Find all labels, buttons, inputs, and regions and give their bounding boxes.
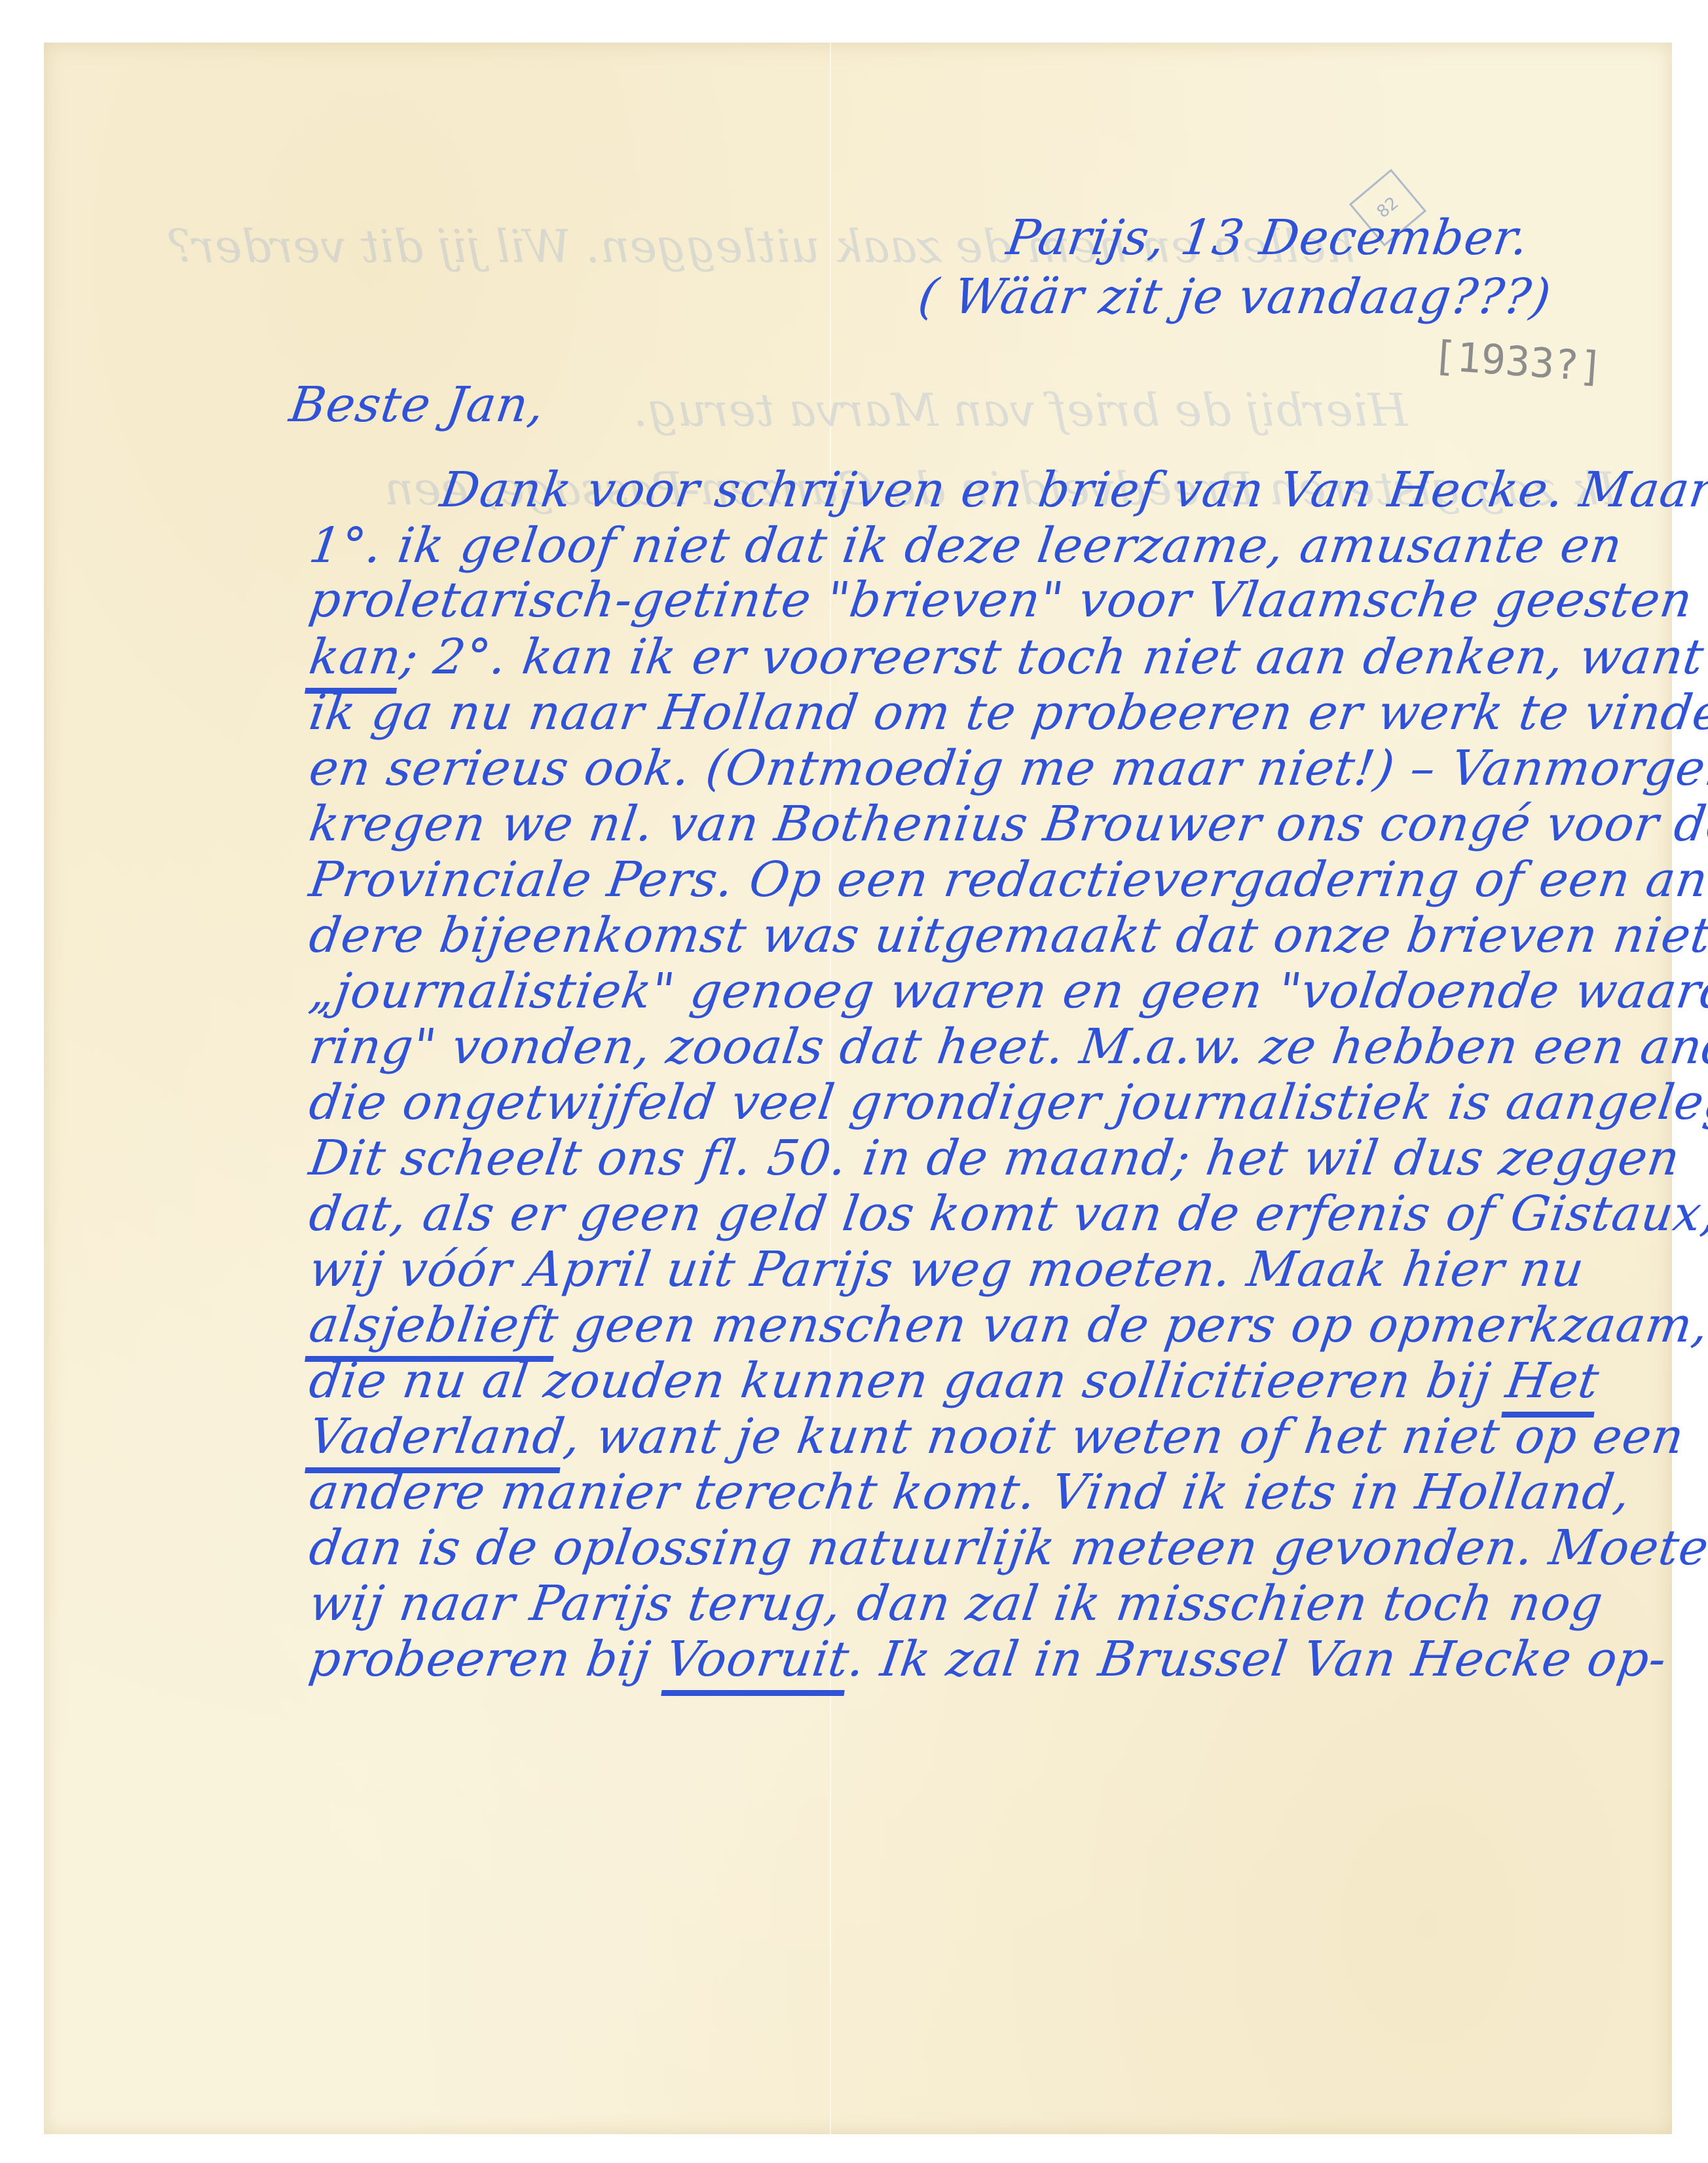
letter-body-line: wij vóór April uit Parijs weg moeten. Ma…	[306, 1241, 1588, 1298]
letter-body-line: Dank voor schrijven en brief van Van Hec…	[437, 462, 1708, 518]
underlined-word: alsjeblieft	[306, 1297, 562, 1353]
line-text: geen menschen van de pers op opmerkzaam,	[554, 1297, 1708, 1353]
underlined-word: Vooruit	[662, 1631, 853, 1687]
letter-body-line: die ongetwijfeld veel grondiger journali…	[306, 1074, 1708, 1131]
letter-body-line: proletarisch-getinte "brieven" voor Vlaa…	[306, 572, 1708, 628]
letter-place-date: Parijs, 13 December.	[1003, 210, 1532, 266]
letter-body-line: „journalistiek" genoeg waren en geen "vo…	[306, 963, 1708, 1019]
letter-body-line: ik ga nu naar Holland om te probeeren er…	[306, 685, 1708, 741]
archival-date-annotation: [1933?]	[1431, 331, 1605, 391]
letter-body-line: dat, als er geen geld los komt van de er…	[306, 1186, 1708, 1242]
letter-aside: ( Wäär zit je vandaag???)	[915, 269, 1555, 325]
letter-body-line: wij naar Parijs terug, dan zal ik missch…	[306, 1575, 1606, 1632]
letter-body-line: kregen we nl. van Bothenius Brouwer ons …	[306, 796, 1708, 852]
letter-body-line: ring" vonden, zooals dat heet. M.a.w. ze…	[306, 1019, 1708, 1075]
letter-body-line: en serieus ook. (Ontmoedig me maar niet!…	[306, 740, 1708, 797]
letter-body-line: Dit scheelt ons fl. 50. in de maand; het…	[306, 1130, 1684, 1186]
underlined-word: Het	[1502, 1353, 1603, 1409]
letter-body-line: die nu al zouden kunnen gaan sollicitiee…	[306, 1353, 1603, 1409]
letter-body-line: alsjeblieft geen menschen van de pers op…	[306, 1297, 1708, 1353]
letter-body-line: dere bijeenkomst was uitgemaakt dat onze…	[306, 907, 1708, 964]
letter-salutation: Beste Jan,	[286, 377, 548, 433]
letter-body-line: probeeren bij Vooruit. Ik zal in Brussel…	[306, 1631, 1670, 1687]
letter-body-line: Vaderland, want je kunt nooit weten of h…	[306, 1408, 1688, 1465]
line-text: ; 2°. kan ik er vooreerst toch niet aan …	[398, 629, 1708, 685]
line-text: , want je kunt nooit weten of het niet o…	[561, 1408, 1688, 1465]
underlined-word: kan	[306, 629, 405, 685]
line-text: probeeren bij	[306, 1631, 670, 1687]
letter-body-line: dan is de oplossing natuurlijk meteen ge…	[306, 1520, 1708, 1576]
letter-body-line: andere manier terecht komt. Vind ik iets…	[306, 1464, 1634, 1520]
bleed-through-line: Hierbij de brief van Marva terug.	[633, 383, 1407, 437]
line-text: . Ik zal in Brussel Van Hecke op-	[845, 1631, 1670, 1687]
line-text: die nu al zouden kunnen gaan sollicitiee…	[306, 1353, 1510, 1409]
letter-body-line: kan; 2°. kan ik er vooreerst toch niet a…	[306, 629, 1707, 685]
underlined-word: Vaderland	[306, 1408, 568, 1465]
letter-body-line: 1°. ik geloof niet dat ik deze leerzame,…	[306, 517, 1626, 574]
letter-sheet: hellen en hem de zaak uitleggen. Wil jij…	[44, 43, 1672, 2134]
letter-body-line: Provinciale Pers. Op een redactievergade…	[306, 852, 1708, 908]
